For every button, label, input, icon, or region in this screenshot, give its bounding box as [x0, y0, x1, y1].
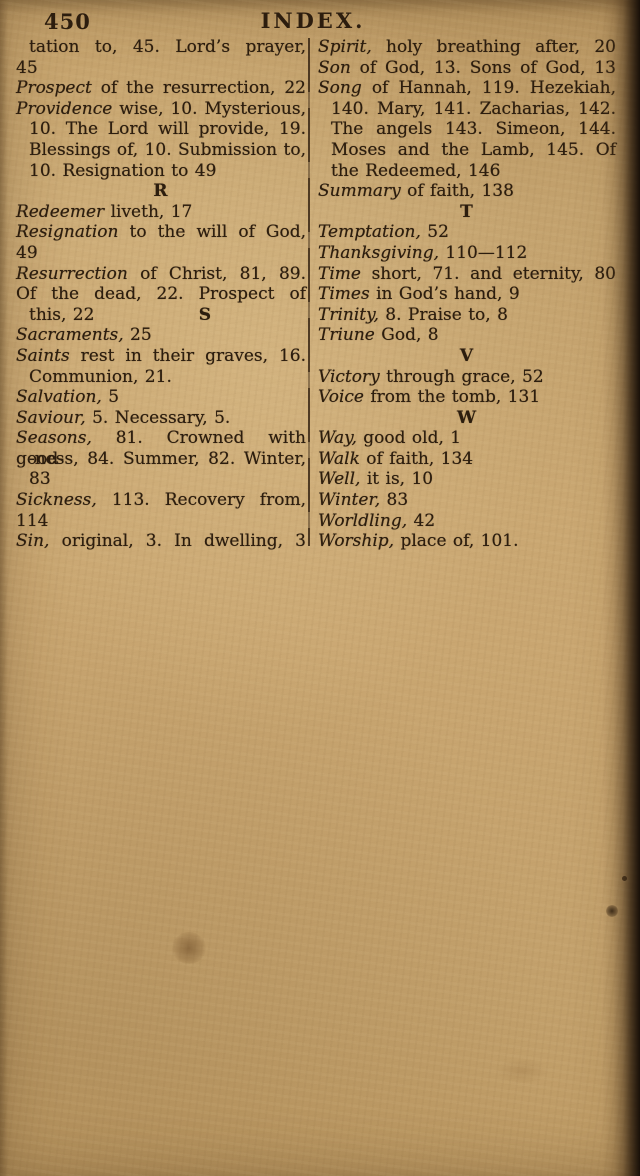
entry-keyword: Son: [318, 58, 351, 78]
entry-keyword: Sacraments,: [16, 325, 124, 345]
index-line: Well, it is, 10: [318, 469, 616, 490]
index-line: the Redeemed, 146: [318, 161, 616, 182]
index-column-left: tation to, 45. Lord’s prayer,45Prospect …: [16, 37, 306, 552]
index-line: Resurrection of Christ, 81, 89.: [16, 264, 306, 285]
index-line: Son of God, 13. Sons of God, 13: [318, 58, 616, 79]
index-line: Of the dead, 22. Prospect of: [16, 284, 306, 305]
index-line: Walk of faith, 134: [318, 449, 616, 470]
index-line: Sin, original, 3. In dwelling, 3: [16, 531, 306, 552]
index-line: Time short, 71. and eternity, 80: [318, 264, 616, 285]
entry-keyword: Sin,: [16, 531, 49, 551]
index-line: Times in God’s hand, 9: [318, 284, 616, 305]
entry-keyword: Voice: [318, 387, 364, 407]
index-line: 140. Mary, 141. Zacharias, 142.: [318, 99, 616, 120]
index-line: Trinity, 8. Praise to, 8: [318, 305, 616, 326]
entry-keyword: Saviour,: [16, 408, 86, 428]
entry-keyword: Providence: [16, 99, 112, 119]
entry-keyword: Redeemer: [16, 202, 104, 222]
index-line: 49: [16, 243, 306, 264]
index-line: Blessings of, 10. Submission to,: [16, 140, 306, 161]
section-letter-line: W: [318, 408, 616, 429]
index-line: Summary of faith, 138: [318, 181, 616, 202]
section-letter-line: T: [318, 202, 616, 223]
stain-dot: [606, 905, 618, 917]
entry-keyword: Well,: [318, 469, 360, 489]
index-line: Worship, place of, 101.: [318, 531, 616, 552]
entry-keyword: Winter,: [318, 490, 380, 510]
entry-keyword: Prospect: [16, 78, 92, 98]
stain-speck: [622, 876, 627, 881]
stain-smudge: [496, 1058, 548, 1084]
page-title: INDEX.: [0, 8, 626, 33]
index-line: Moses and the Lamb, 145. Of: [318, 140, 616, 161]
entry-keyword: Seasons,: [16, 428, 92, 448]
index-line: Seasons, 81. Crowned with good-: [16, 428, 306, 449]
section-letter-inline: S: [199, 305, 211, 326]
index-line: Redeemer liveth, 17: [16, 202, 306, 223]
entry-keyword: Walk: [318, 449, 360, 469]
entry-keyword: Song: [318, 78, 362, 98]
entry-keyword: Summary: [318, 181, 401, 201]
index-line: Sacraments, 25: [16, 325, 306, 346]
page-edge-shadow-left: [0, 0, 8, 1176]
index-line: Communion, 21.: [16, 367, 306, 388]
index-line: Resignation to the will of God,: [16, 222, 306, 243]
index-line: 83: [16, 469, 306, 490]
index-line: 10. Resignation to 49: [16, 161, 306, 182]
entry-keyword: Trinity,: [318, 305, 379, 325]
entry-keyword: Way,: [318, 428, 357, 448]
index-line: Prospect of the resurrection, 22: [16, 78, 306, 99]
index-line: Sickness, 113. Recovery from,: [16, 490, 306, 511]
index-line: Spirit, holy breathing after, 20: [318, 37, 616, 58]
entry-keyword: Time: [318, 264, 361, 284]
index-line: Voice from the tomb, 131: [318, 387, 616, 408]
entry-keyword: Sickness,: [16, 490, 97, 510]
scanned-book-page: 450 INDEX. tation to, 45. Lord’s prayer,…: [0, 0, 640, 1176]
entry-keyword: Spirit,: [318, 37, 372, 57]
entry-keyword: Salvation,: [16, 387, 102, 407]
page-header: 450 INDEX.: [0, 8, 626, 36]
index-line: Temptation, 52: [318, 222, 616, 243]
index-line: -ness, 84. Summer, 82. Winter,: [16, 449, 306, 470]
index-column-right: Spirit, holy breathing after, 20Son of G…: [318, 37, 616, 552]
index-line: Thanksgiving, 110—112: [318, 243, 616, 264]
index-line: Victory through grace, 52: [318, 367, 616, 388]
entry-keyword: Worship,: [318, 531, 394, 551]
index-line: Winter, 83: [318, 490, 616, 511]
column-divider-rule: [308, 38, 310, 546]
section-letter-line: V: [318, 346, 616, 367]
index-line: 45: [16, 58, 306, 79]
index-line: 10. The Lord will provide, 19.: [16, 119, 306, 140]
index-line: Song of Hannah, 119. Hezekiah,: [318, 78, 616, 99]
entry-keyword: Resignation: [16, 222, 118, 242]
index-line: Saviour, 5. Necessary, 5.: [16, 408, 306, 429]
entry-keyword: Triune: [318, 325, 375, 345]
index-line: 114: [16, 511, 306, 532]
index-line: Worldling, 42: [318, 511, 616, 532]
index-line: tation to, 45. Lord’s prayer,: [16, 37, 306, 58]
index-line: Saints rest in their graves, 16.: [16, 346, 306, 367]
entry-keyword: Times: [318, 284, 370, 304]
stain-blot: [172, 932, 206, 964]
entry-keyword: Resurrection: [16, 264, 128, 284]
entry-keyword: Worldling,: [318, 511, 407, 531]
index-line: The angels 143. Simeon, 144.: [318, 119, 616, 140]
index-line: Salvation, 5: [16, 387, 306, 408]
section-letter-line: R: [16, 181, 306, 202]
index-line: Way, good old, 1: [318, 428, 616, 449]
entry-keyword: Temptation,: [318, 222, 421, 242]
entry-keyword: Saints: [16, 346, 70, 366]
index-line: this, 22S: [16, 305, 306, 326]
index-line: Triune God, 8: [318, 325, 616, 346]
entry-keyword: Victory: [318, 367, 380, 387]
index-line: Providence wise, 10. Mysterious,: [16, 99, 306, 120]
entry-keyword: Thanksgiving,: [318, 243, 439, 263]
